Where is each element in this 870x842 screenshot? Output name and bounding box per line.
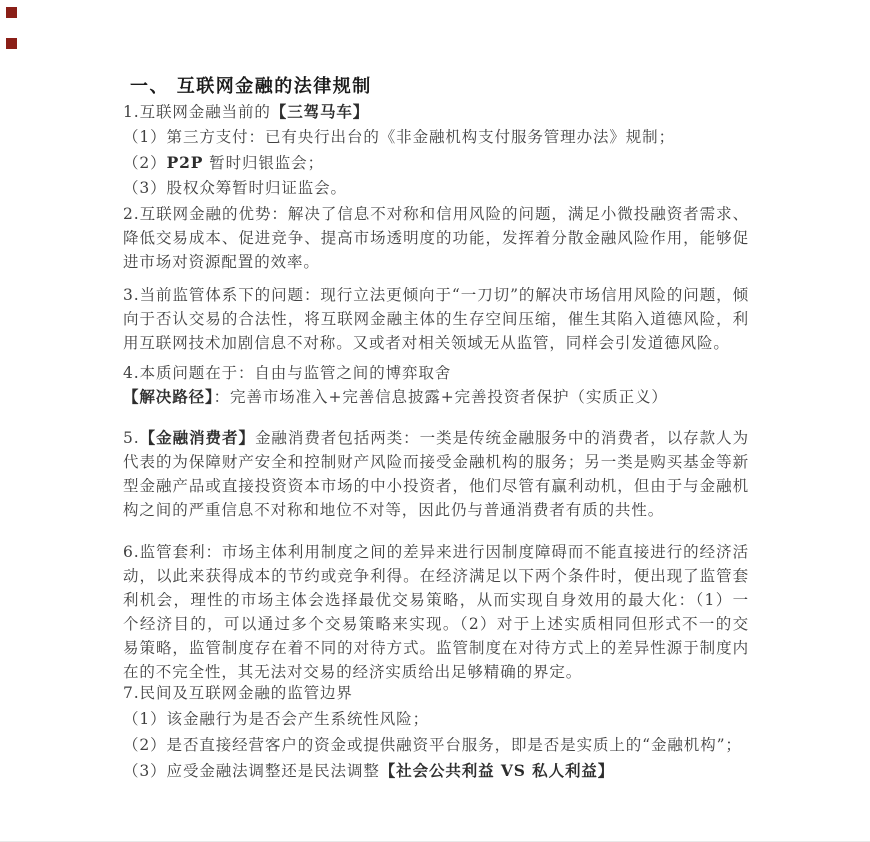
- text-line: （3）应受金融法调整还是民法调整【社会公共利益 VS 私人利益】: [123, 758, 749, 784]
- text-line: （1）第三方支付：已有央行出台的《非金融机构支付服务管理办法》规制；: [123, 125, 749, 150]
- text-run: （3）应受金融法调整还是民法调整: [123, 762, 380, 780]
- page-title: 一、 互联网金融的法律规制: [130, 72, 372, 98]
- text-line: （2）是否直接经营客户的资金或提供融资平台服务，即是否是实质上的“金融机构”；: [123, 732, 749, 758]
- text-line: 4.本质问题在于：自由与监管之间的博弈取舍: [123, 361, 749, 385]
- text-run: 7.民间及互联网金融的监管边界: [123, 684, 353, 702]
- red-marker-icon: [6, 7, 17, 18]
- text-run: （3）股权众筹暂时归证监会。: [123, 179, 347, 197]
- text-run: （1）该金融行为是否会产生系统性风险；: [123, 710, 429, 728]
- emphasis-run: 【三驾马车】: [271, 102, 369, 121]
- text-line: 3.当前监管体系下的问题：现行立法更倾向于“一刀切”的解决市场信用风险的问题，倾…: [123, 283, 749, 355]
- text-line: （3）股权众筹暂时归证监会。: [123, 176, 749, 201]
- text-run: 6.监管套利：市场主体利用制度之间的差异来进行因制度障碍而不能直接进行的经济活动…: [123, 543, 749, 681]
- text-line: 5.【金融消费者】金融消费者包括两类：一类是传统金融服务中的消费者，以存款人为代…: [123, 426, 749, 522]
- paragraph-essential-problem: 4.本质问题在于：自由与监管之间的博弈取舍【解决路径】：完善市场准入+完善信息披…: [123, 361, 749, 409]
- text-run: （2）是否直接经营客户的资金或提供融资平台服务，即是否是实质上的“金融机构”；: [123, 736, 742, 754]
- text-line: 【解决路径】：完善市场准入+完善信息披露+完善投资者保护（实质正义）: [123, 385, 749, 409]
- text-run: （2）: [123, 154, 167, 172]
- emphasis-run: 【解决路径】: [123, 387, 214, 406]
- emphasis-run: 【金融消费者】: [140, 428, 255, 447]
- text-line: 1.互联网金融当前的【三驾马车】: [123, 99, 749, 125]
- paragraph-financial-consumer: 5.【金融消费者】金融消费者包括两类：一类是传统金融服务中的消费者，以存款人为代…: [123, 426, 749, 522]
- red-marker-icon: [6, 38, 17, 49]
- paragraph-three-carriages: 1.互联网金融当前的【三驾马车】（1）第三方支付：已有央行出台的《非金融机构支付…: [123, 99, 749, 201]
- text-run: 3.当前监管体系下的问题：现行立法更倾向于“一刀切”的解决市场信用风险的问题，倾…: [123, 286, 749, 352]
- document-page: 一、 互联网金融的法律规制 1.互联网金融当前的【三驾马车】（1）第三方支付：已…: [0, 0, 870, 842]
- paragraph-regulation-problems: 3.当前监管体系下的问题：现行立法更倾向于“一刀切”的解决市场信用风险的问题，倾…: [123, 283, 749, 355]
- text-line: （1）该金融行为是否会产生系统性风险；: [123, 706, 749, 732]
- text-run: （1）第三方支付：已有央行出台的《非金融机构支付服务管理办法》规制；: [123, 128, 675, 146]
- text-run: 4.本质问题在于：自由与监管之间的博弈取舍: [123, 364, 451, 382]
- emphasis-run: 【社会公共利益 VS 私人利益】: [380, 761, 614, 780]
- paragraph-regulatory-arbitrage: 6.监管套利：市场主体利用制度之间的差异来进行因制度障碍而不能直接进行的经济活动…: [123, 540, 749, 684]
- text-run: 2.互联网金融的优势：解决了信息不对称和信用风险的问题，满足小微投融资者需求、降…: [123, 205, 749, 271]
- paragraph-regulation-boundary: 7.民间及互联网金融的监管边界（1）该金融行为是否会产生系统性风险；（2）是否直…: [123, 680, 749, 784]
- text-line: 6.监管套利：市场主体利用制度之间的差异来进行因制度障碍而不能直接进行的经济活动…: [123, 540, 749, 684]
- text-run: ：完善市场准入+完善信息披露+完善投资者保护（实质正义）: [214, 388, 668, 406]
- text-run: 暂时归银监会；: [203, 154, 324, 172]
- text-line: 2.互联网金融的优势：解决了信息不对称和信用风险的问题，满足小微投融资者需求、降…: [123, 202, 749, 274]
- text-line: 7.民间及互联网金融的监管边界: [123, 680, 749, 706]
- text-line: （2）P2P 暂时归银监会；: [123, 150, 749, 176]
- paragraph-advantages: 2.互联网金融的优势：解决了信息不对称和信用风险的问题，满足小微投融资者需求、降…: [123, 202, 749, 274]
- text-run: 1.互联网金融当前的: [123, 103, 271, 121]
- emphasis-run: P2P: [167, 153, 204, 172]
- text-run: 5.: [123, 429, 140, 447]
